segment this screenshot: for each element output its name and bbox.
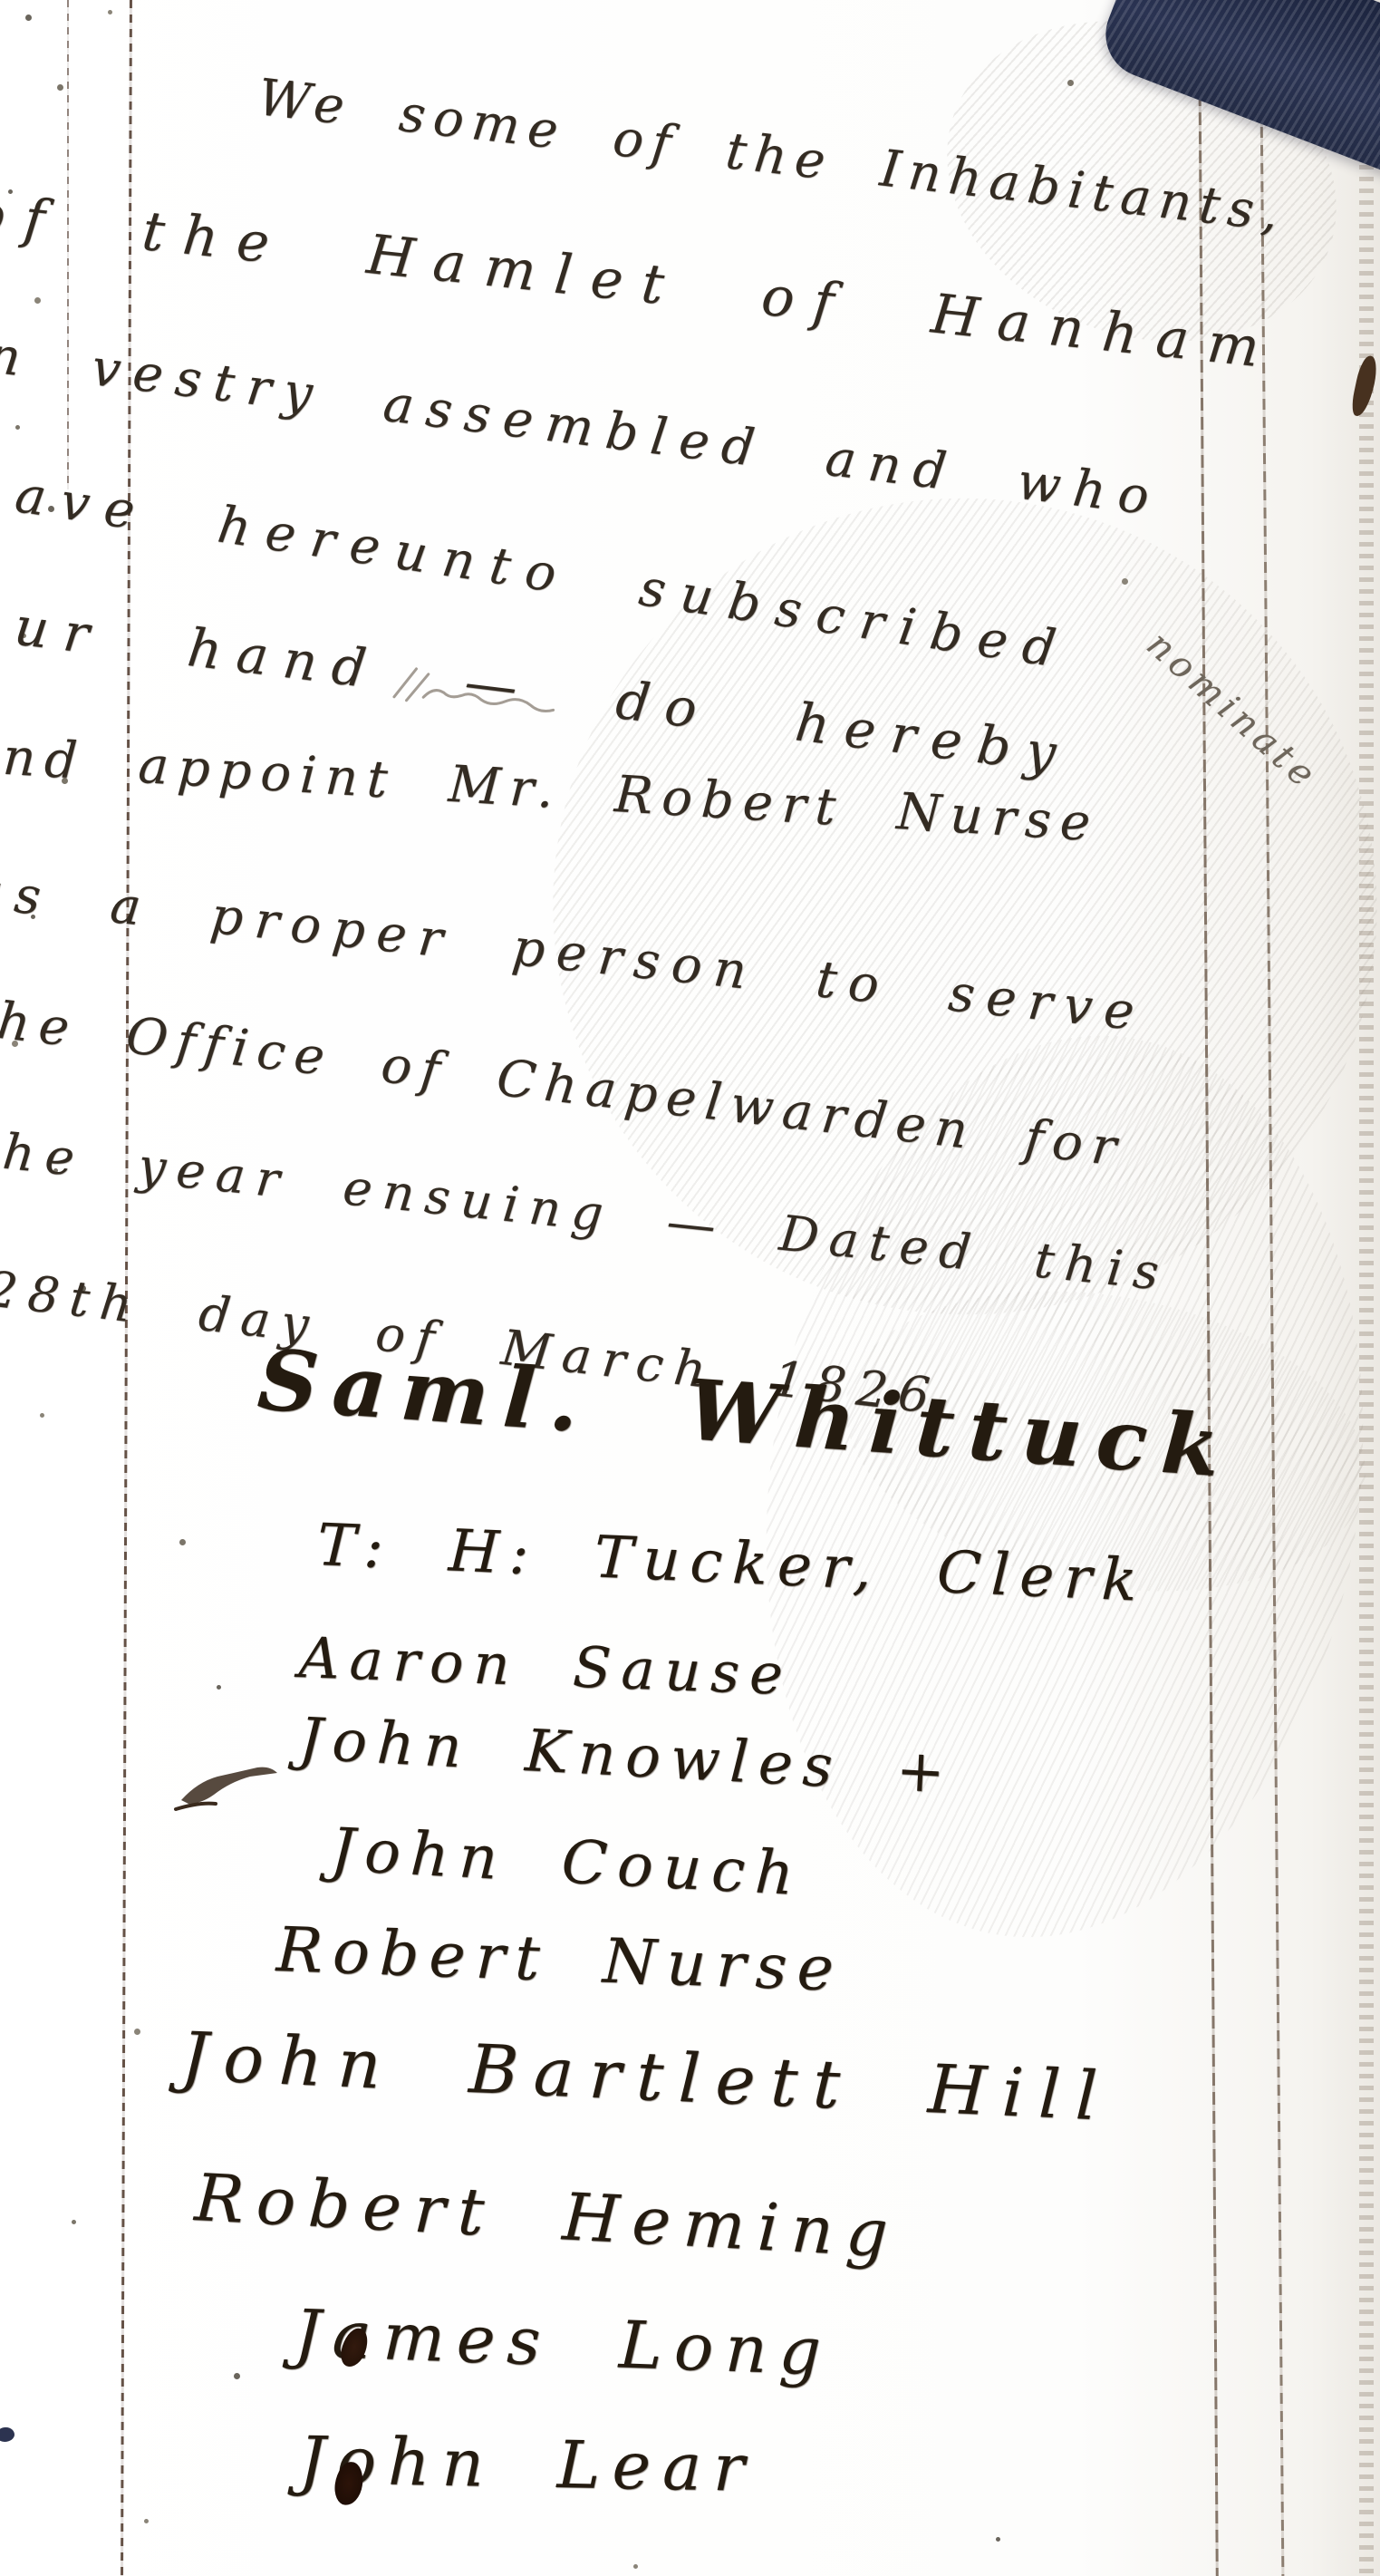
right-column-rule-2: [1259, 0, 1284, 2576]
signature-john-couch: John Couch: [329, 1815, 806, 1909]
margin-note-nominate: nominate: [1139, 624, 1327, 799]
manuscript-line-1: We some of the Inhabitants,: [255, 68, 1289, 244]
signature-john-lear: John Lear: [298, 2422, 757, 2506]
signature-john-knowles-mark: John Knowles +: [297, 1706, 956, 1807]
signature-robert-heming: Robert Heming: [193, 2159, 902, 2272]
edge-ink-mark: [0, 2427, 14, 2442]
signature-aaron-sause: Aaron Sause: [298, 1624, 794, 1708]
manuscript-page: We some of the Inhabitants, of the Hamle…: [0, 0, 1380, 2576]
signature-t-h-tucker-clerk: T: H: Tucker, Clerk: [315, 1512, 1148, 1615]
binding-leather-tip: [1349, 354, 1380, 419]
paper-specks: [0, 0, 3, 3]
signature-john-bartlett-hill: John Bartlett Hill: [179, 2018, 1114, 2136]
signature-james-long: James Long: [294, 2295, 835, 2390]
signature-robert-nurse: Robert Nurse: [275, 1914, 845, 2006]
right-column-rule-1: [1198, 36, 1218, 2576]
